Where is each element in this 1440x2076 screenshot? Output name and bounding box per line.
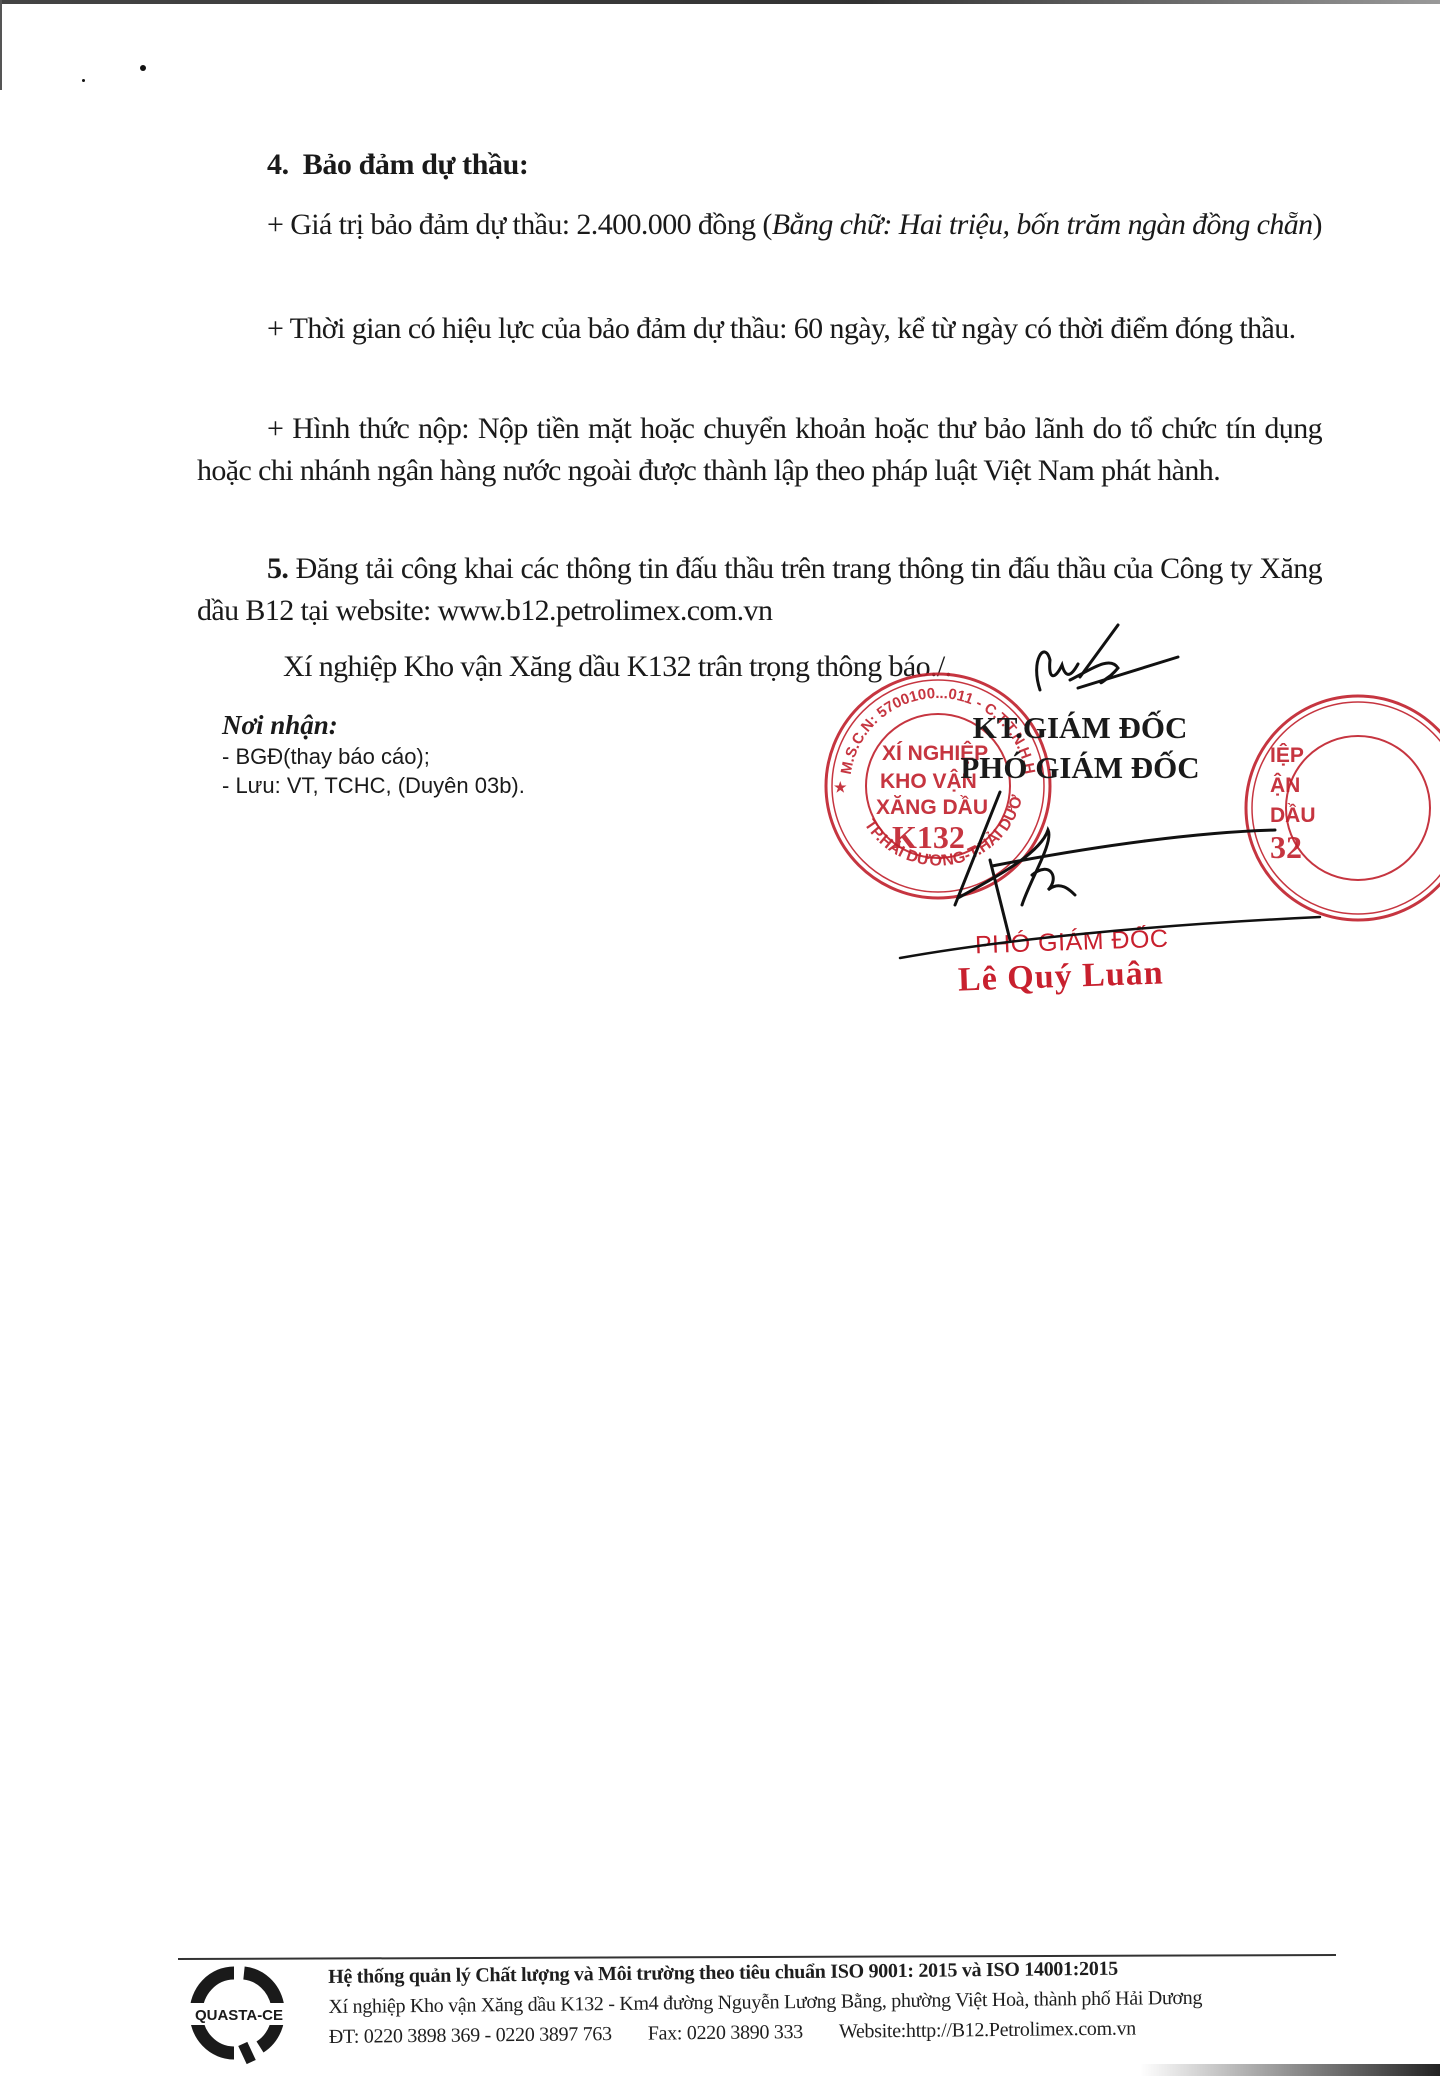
signer-name: Lê Quý Luân bbox=[957, 954, 1164, 999]
svg-text:ẬN: ẬN bbox=[1270, 773, 1300, 797]
company-seal-partial-icon: IỆP ẬN DẦU 32 bbox=[1240, 690, 1440, 926]
section-4-heading: 4.Bảo đảm dự thầu: bbox=[267, 148, 529, 182]
svg-text:XĂNG DẦU: XĂNG DẦU bbox=[876, 796, 988, 819]
footer-website: Website:http://B12.Petrolimex.com.vn bbox=[839, 2018, 1136, 2043]
section-number: 5. bbox=[267, 552, 288, 585]
scan-speck bbox=[140, 65, 146, 71]
section-5-text: Đăng tải công khai các thông tin đấu thầ… bbox=[197, 552, 1322, 627]
scan-edge-bottom bbox=[1140, 2064, 1440, 2076]
svg-text:IỆP: IỆP bbox=[1270, 743, 1304, 767]
footer-fax: Fax: 0220 3890 333 bbox=[648, 2021, 803, 2045]
value-in-words: Bằng chữ: Hai triệu, bốn trăm ngàn đồng … bbox=[772, 208, 1313, 241]
svg-text:QUASTA-CE: QUASTA-CE bbox=[195, 2007, 283, 2024]
value-text: + Giá trị bảo đảm dự thầu: 2.400.000 đồn… bbox=[267, 208, 772, 241]
svg-text:32: 32 bbox=[1270, 829, 1302, 865]
signature-title-line2: PHÓ GIÁM ĐỐC bbox=[930, 748, 1230, 788]
footer-phone: ĐT: 0220 3898 369 - 0220 3897 763 bbox=[329, 2023, 612, 2048]
recipients-block: Nơi nhận: - BGĐ(thay báo cáo); - Lưu: VT… bbox=[222, 708, 525, 800]
section-title: Bảo đảm dự thầu: bbox=[303, 148, 529, 181]
svg-text:DẦU: DẦU bbox=[1270, 804, 1316, 827]
svg-text:K132: K132 bbox=[892, 819, 965, 855]
section-5-paragraph: 5. Đăng tải công khai các thông tin đấu … bbox=[197, 548, 1322, 632]
value-suffix: ) bbox=[1313, 208, 1322, 241]
scan-edge-left bbox=[0, 0, 2, 90]
scan-speck bbox=[82, 79, 85, 82]
recipient-item: - BGĐ(thay báo cáo); bbox=[222, 742, 525, 771]
bid-guarantee-method: + Hình thức nộp: Nộp tiền mặt hoặc chuyể… bbox=[197, 408, 1322, 492]
svg-text:★: ★ bbox=[834, 779, 847, 795]
section-number: 4. bbox=[267, 148, 289, 181]
signature-block: KT.GIÁM ĐỐC PHÓ GIÁM ĐỐC bbox=[930, 708, 1230, 788]
signature-title-line1: KT.GIÁM ĐỐC bbox=[930, 708, 1230, 748]
bid-guarantee-value: + Giá trị bảo đảm dự thầu: 2.400.000 đồn… bbox=[197, 204, 1322, 246]
footer-info: Hệ thống quản lý Chất lượng và Môi trườn… bbox=[328, 1953, 1203, 2052]
bid-guarantee-validity: + Thời gian có hiệu lực của bảo đảm dự t… bbox=[197, 308, 1322, 350]
quasta-ce-logo-icon: QUASTA-CE bbox=[190, 1965, 288, 2065]
recipients-title: Nơi nhận: bbox=[222, 708, 525, 742]
recipient-item: - Lưu: VT, TCHC, (Duyên 03b). bbox=[222, 771, 525, 800]
scan-edge-top bbox=[0, 0, 1440, 4]
